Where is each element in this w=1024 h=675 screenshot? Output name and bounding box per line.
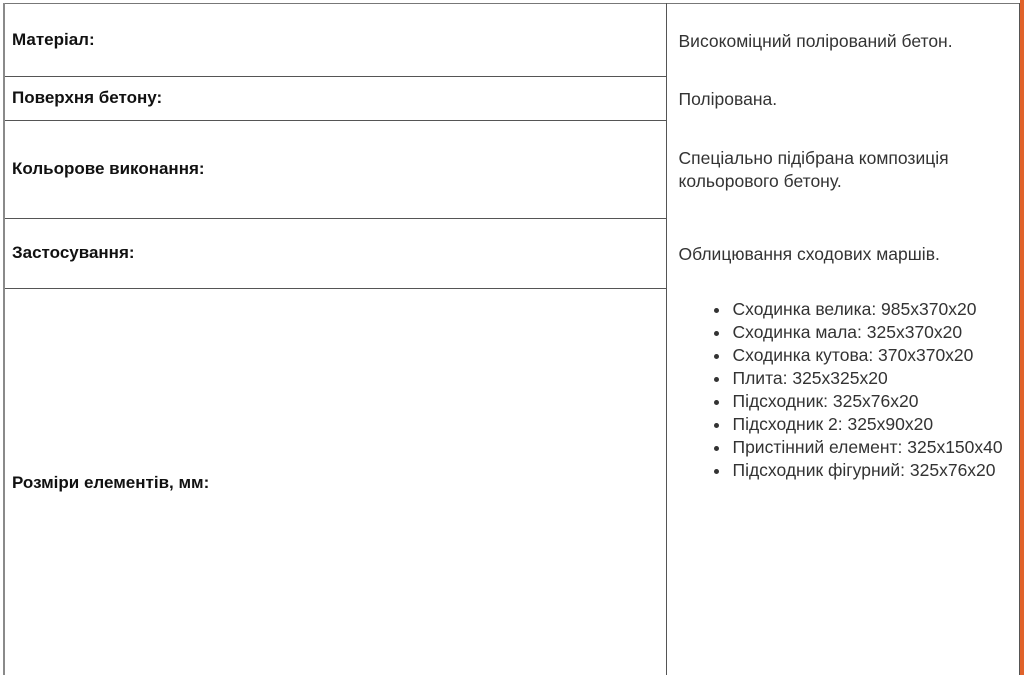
list-item: Сходинка кутова: 370х370х20 xyxy=(731,344,1010,367)
row-label: Поверхня бетону: xyxy=(4,76,666,120)
row-label: Матеріал: xyxy=(4,4,666,77)
table-row: Поверхня бетону: Полірована. xyxy=(4,76,1020,120)
list-item: Сходинка мала: 325х370х20 xyxy=(731,321,1010,344)
list-item: Підсходник: 325х76х20 xyxy=(731,390,1010,413)
accent-border xyxy=(1020,0,1024,675)
table-row: Розміри елементів, мм: Сходинка велика: … xyxy=(4,288,1020,675)
row-value-list: Сходинка велика: 985х370х20 Сходинка мал… xyxy=(666,288,1020,675)
row-value: Високоміцний полірований бетон. xyxy=(666,4,1020,77)
row-value: Спеціально підібрана композиція кольоров… xyxy=(666,120,1020,218)
list-item: Сходинка велика: 985х370х20 xyxy=(731,298,1010,321)
page: Матеріал: Високоміцний полірований бетон… xyxy=(0,0,1024,675)
row-value: Полірована. xyxy=(666,76,1020,120)
dimensions-list: Сходинка велика: 985х370х20 Сходинка мал… xyxy=(679,298,1010,482)
list-item: Підсходник 2: 325х90х20 xyxy=(731,413,1010,436)
specifications-table: Матеріал: Високоміцний полірований бетон… xyxy=(3,3,1021,675)
table-row: Кольорове виконання: Спеціально підібран… xyxy=(4,120,1020,218)
table-row: Застосування: Облицювання сходових марші… xyxy=(4,218,1020,288)
table-row: Матеріал: Високоміцний полірований бетон… xyxy=(4,4,1020,77)
row-value: Облицювання сходових маршів. xyxy=(666,218,1020,288)
list-item: Підсходник фігурний: 325х76х20 xyxy=(731,459,1010,482)
row-label: Розміри елементів, мм: xyxy=(4,288,666,675)
list-item: Плита: 325х325х20 xyxy=(731,367,1010,390)
row-label: Застосування: xyxy=(4,218,666,288)
list-item: Пристінний елемент: 325х150х40 xyxy=(731,436,1010,459)
row-label: Кольорове виконання: xyxy=(4,120,666,218)
